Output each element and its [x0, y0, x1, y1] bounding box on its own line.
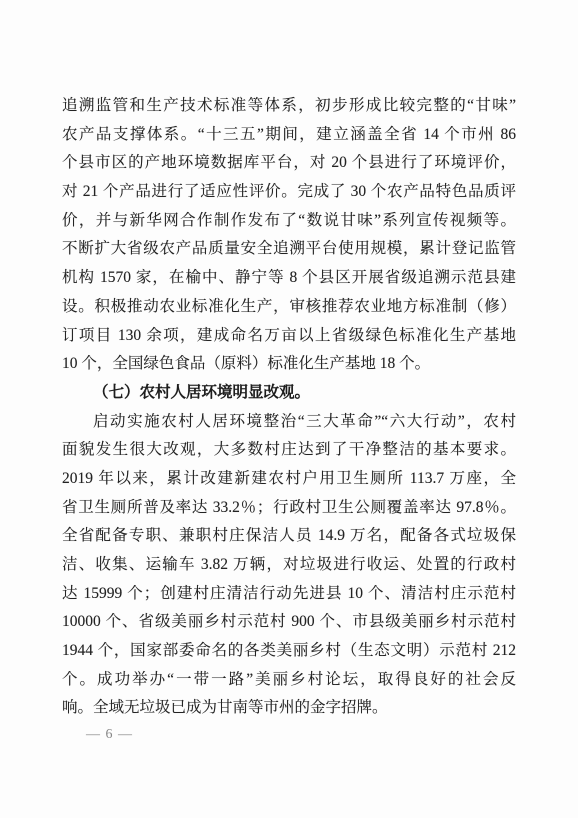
text-line: 个。成功举办“一带一路”美丽乡村论坛，取得良好的社会反 — [62, 666, 516, 695]
scanned-document-page: 追溯监管和生产技术标准等体系，初步形成比较完整的“甘味” 农产品支撑体系。“十三… — [0, 0, 578, 818]
text-line: 10 个，全国绿色食品（原料）标准化生产基地 18 个。 — [62, 350, 516, 379]
page-number: — 6 — — [86, 725, 133, 745]
text-line: 达 15999 个；创建村庄清洁行动先进县 10 个、清洁村庄示范村 — [62, 580, 516, 609]
document-body: 追溯监管和生产技术标准等体系，初步形成比较完整的“甘味” 农产品支撑体系。“十三… — [62, 92, 516, 723]
text-line: 1944 个，国家部委命名的各类美丽乡村（生态文明）示范村 212 — [62, 637, 516, 666]
text-line: 对 21 个产品进行了适应性评价。完成了 30 个农产品特色品质评 — [62, 178, 516, 207]
text-line: 全省配备专职、兼职村庄保洁人员 14.9 万名，配备各式垃圾保 — [62, 522, 516, 551]
text-line: 洁、收集、运输车 3.82 万辆，对垃圾进行收运、处置的行政村 — [62, 551, 516, 580]
text-line: 面貌发生很大改观，大多数村庄达到了干净整洁的基本要求。 — [62, 436, 516, 465]
text-line: 机构 1570 家，在榆中、静宁等 8 个县区开展省级追溯示范县建 — [62, 264, 516, 293]
text-line: 农产品支撑体系。“十三五”期间，建立涵盖全省 14 个市州 86 — [62, 121, 516, 150]
text-line: 订项目 130 余项，建成命名万亩以上省级绿色标准化生产基地 — [62, 322, 516, 351]
text-line: 省卫生厕所普及率达 33.2％；行政村卫生公厕覆盖率达 97.8％。 — [62, 494, 516, 523]
text-line: 启动实施农村人居环境整治“三大革命”“六大行动”，农村 — [62, 408, 516, 437]
text-line: 价，并与新华网合作制作发布了“数说甘味”系列宣传视频等。 — [62, 207, 516, 236]
text-line: 不断扩大省级农产品质量安全追溯平台使用规模，累计登记监管 — [62, 235, 516, 264]
text-line: 10000 个、省级美丽乡村示范村 900 个、市县级美丽乡村示范村 — [62, 608, 516, 637]
text-line: 追溯监管和生产技术标准等体系，初步形成比较完整的“甘味” — [62, 92, 516, 121]
text-line: 响。全域无垃圾已成为甘南等市州的金字招牌。 — [62, 694, 516, 723]
text-line: 个县市区的产地环境数据库平台，对 20 个县进行了环境评价， — [62, 149, 516, 178]
text-line: 设。积极推动农业标准化生产，审核推荐农业地方标准制（修） — [62, 293, 516, 322]
section-heading: （七）农村人居环境明显改观。 — [62, 379, 516, 408]
text-line: 2019 年以来，累计改建新建农村户用卫生厕所 113.7 万座，全 — [62, 465, 516, 494]
